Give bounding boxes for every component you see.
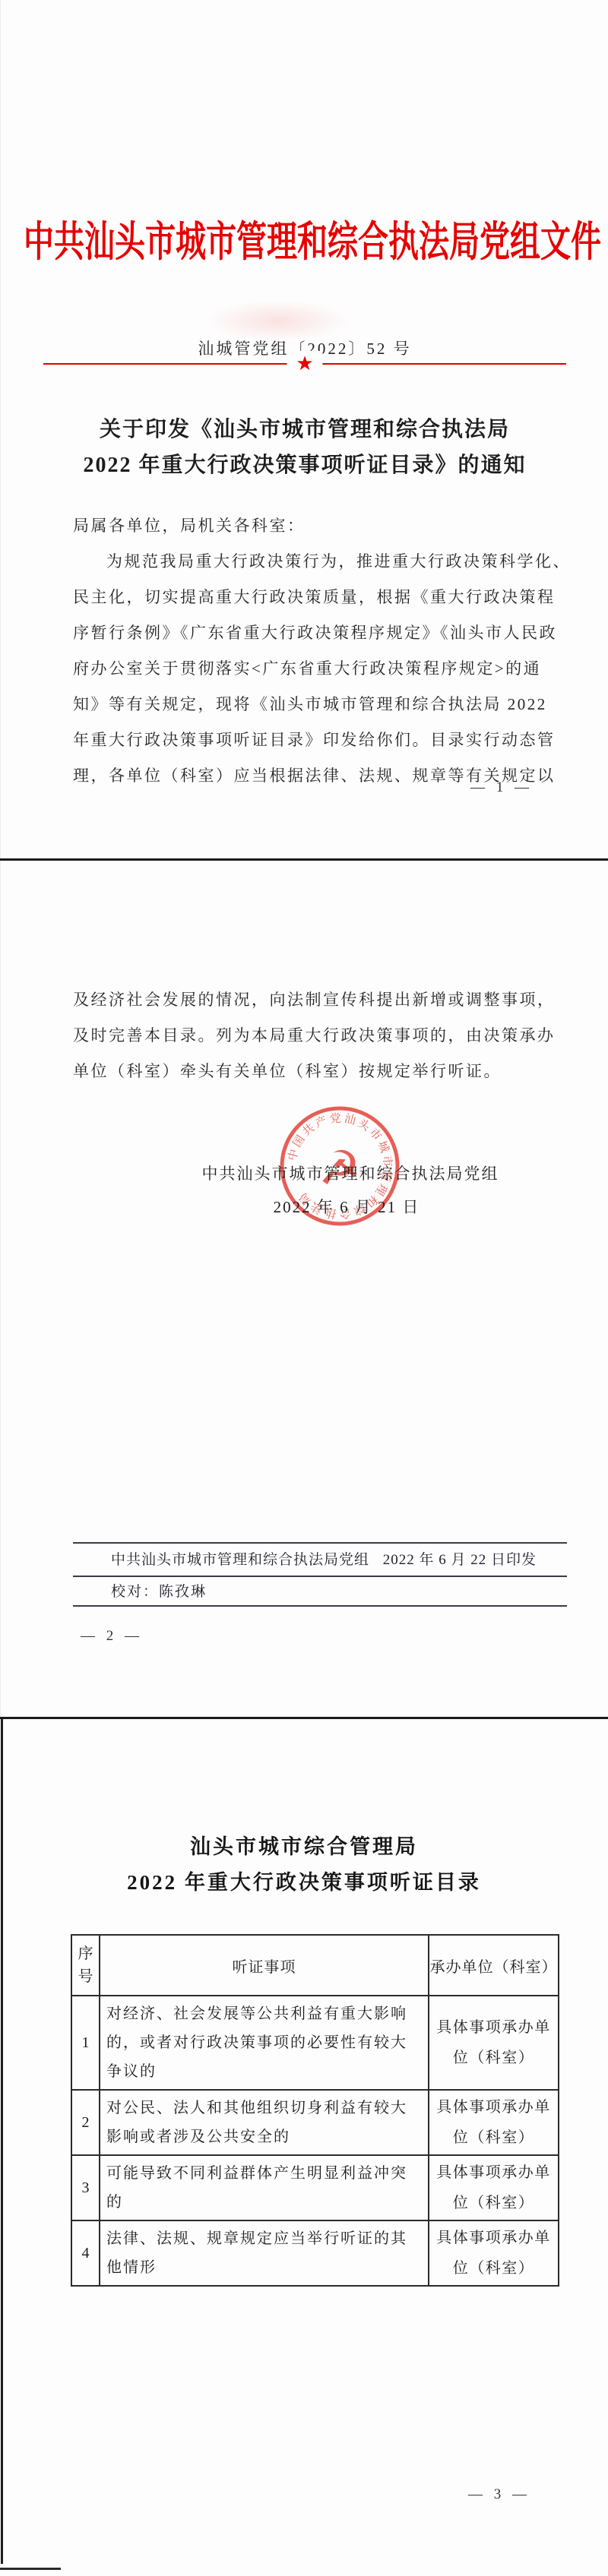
row-seq: 2 (71, 2090, 100, 2155)
red-divider-line: ★ (43, 363, 566, 365)
print-date: 2022 年 6 月 22 日印发 (383, 1547, 537, 1574)
header-item: 听证事项 (100, 1935, 429, 1996)
body-line: 知》等有关规定，现将《汕头市城市管理和综合执法局 2022 (73, 687, 568, 722)
stamp-bleed-artifact (206, 300, 350, 342)
body-line: 府办公室关于贯彻落实<广东省重大行政决策程序规定>的通 (73, 651, 568, 687)
footer-rule-bottom (73, 1605, 567, 1607)
proofreader: 校对：陈孜琳 (111, 1580, 207, 1601)
row-seq: 1 (71, 1996, 100, 2090)
hearing-items-table: 序号 听证事项 承办单位（科室） 1 对经济、社会发展等公共利益有重大影响的，或… (71, 1934, 559, 2287)
footer-rule-middle (73, 1576, 567, 1577)
catalog-title-line2: 2022 年重大行政决策事项听证目录 (30, 1866, 578, 1895)
print-info-row: 中共汕头市城市管理和综合执法局党组 2022 年 6 月 22 日印发 (111, 1547, 537, 1574)
header-unit: 承办单位（科室） (429, 1935, 559, 1996)
body-line: 单位（科室）牵头有关单位（科室）按规定举行听证。 (73, 1054, 568, 1089)
row-unit: 具体事项承办单位（科室） (429, 2220, 559, 2286)
row-seq: 4 (71, 2220, 100, 2286)
body-line: 为规范我局重大行政决策行为，推进重大行政决策科学化、 (73, 544, 568, 580)
party-document-masthead: 中共汕头市城市管理和综合执法局党组文件 (24, 210, 586, 275)
body-line: 民主化，切实提高重大行政决策质量，根据《重大行政决策程 (73, 580, 568, 615)
table-row: 1 对经济、社会发展等公共利益有重大影响的，或者对行政决策事项的必要性有较大争议… (71, 1996, 559, 2090)
body-text-page1: 局属各单位，局机关各科室： 为规范我局重大行政决策行为，推进重大行政决策科学化、… (73, 508, 568, 794)
notice-title-line2: 2022 年重大行政决策事项听证目录》的通知 (31, 448, 578, 479)
table-header-row: 序号 听证事项 承办单位（科室） (71, 1935, 559, 1996)
body-text-page2: 及经济社会发展的情况，向法制宣传科提出新增或调整事项， 及时完善本目录。列为本局… (73, 982, 568, 1089)
row-item: 可能导致不同利益群体产生明显利益冲突的 (100, 2155, 429, 2220)
row-unit: 具体事项承办单位（科室） (429, 2155, 559, 2220)
body-line: 序暂行条例》《广东省重大行政决策程序规定》《汕头市人民政 (73, 615, 568, 651)
header-seq: 序号 (71, 1935, 100, 1996)
page-2: 及经济社会发展的情况，向法制宣传科提出新增或调整事项， 及时完善本目录。列为本局… (0, 861, 608, 1717)
body-line: 及时完善本目录。列为本局重大行政决策事项的，由决策承办 (73, 1018, 568, 1054)
notice-title-line1: 关于印发《汕头市城市管理和综合执法局 (31, 412, 578, 443)
table-row: 4 法律、法规、规章规定应当举行听证的其他情形 具体事项承办单位（科室） (71, 2220, 559, 2286)
body-line: 年重大行政决策事项听证目录》印发给你们。目录实行动态管 (73, 722, 568, 758)
row-unit: 具体事项承办单位（科室） (429, 2090, 559, 2155)
page-number-2: — 2 — (81, 1628, 143, 1645)
row-seq: 3 (71, 2155, 100, 2220)
catalog-title-line1: 汕头市城市综合管理局 (30, 1830, 578, 1860)
body-line: 及经济社会发展的情况，向法制宣传科提出新增或调整事项， (73, 982, 568, 1018)
star-icon: ★ (287, 351, 322, 377)
signing-authority: 中共汕头市城市管理和综合执法局党组 (100, 1162, 601, 1184)
row-item: 对经济、社会发展等公共利益有重大影响的，或者对行政决策事项的必要性有较大争议的 (100, 1996, 429, 2090)
scan-edge-artifact-tick (0, 2568, 61, 2570)
salutation: 局属各单位，局机关各科室： (73, 508, 568, 544)
table-row: 2 对公民、法人和其他组织切身利益有较大影响或者涉及公共安全的 具体事项承办单位… (71, 2090, 559, 2155)
signing-date: 2022 年 6 月 21 日 (100, 1195, 594, 1218)
footer-rule-top (73, 1542, 567, 1544)
page-1: 中共汕头市城市管理和综合执法局党组文件 汕城管党组〔2022〕52 号 ★ 关于… (0, 0, 608, 858)
page-number-3: — 3 — (468, 2486, 530, 2503)
page-number-1: — 1 — (470, 779, 533, 796)
row-item: 法律、法规、规章规定应当举行听证的其他情形 (100, 2220, 429, 2286)
scan-edge-artifact (1, 1719, 3, 2564)
row-unit: 具体事项承办单位（科室） (429, 1996, 559, 2090)
scanned-document: 中共汕头市城市管理和综合执法局党组文件 汕城管党组〔2022〕52 号 ★ 关于… (0, 0, 608, 2576)
page-3: 汕头市城市综合管理局 2022 年重大行政决策事项听证目录 序号 听证事项 承办… (0, 1719, 608, 2576)
table-row: 3 可能导致不同利益群体产生明显利益冲突的 具体事项承办单位（科室） (71, 2155, 559, 2220)
print-org: 中共汕头市城市管理和综合执法局党组 (111, 1547, 369, 1574)
row-item: 对公民、法人和其他组织切身利益有较大影响或者涉及公共安全的 (100, 2090, 429, 2155)
